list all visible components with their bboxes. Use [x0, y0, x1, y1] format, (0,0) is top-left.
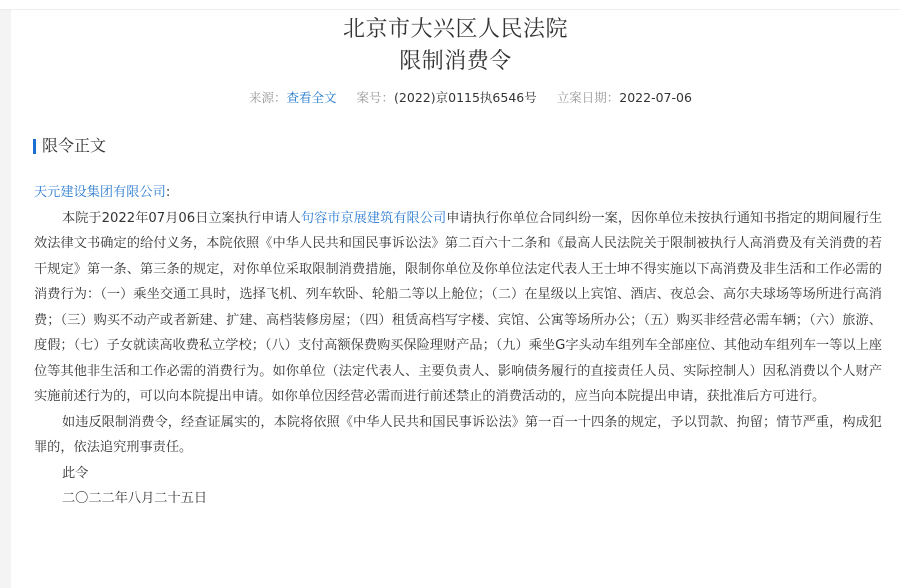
court-name: 北京市大兴区人民法院 [11, 16, 900, 44]
paragraph-main-rest: 申请执行你单位合同纠纷一案，因你单位未按执行通知书指定的期间履行生效法律文书确定… [34, 211, 882, 405]
addressee-line: 天元建设集团有限公司: [34, 180, 882, 206]
top-bar [0, 0, 900, 10]
issue-date: 二〇二二年八月二十五日 [34, 486, 882, 512]
meta-row: 来源：查看全文案号：(2022)京0115执6546号立案日期：2022-07-… [249, 89, 692, 107]
document-page: 北京市大兴区人民法院 限制消费令 来源：查看全文案号：(2022)京0115执6… [11, 10, 900, 588]
source-label: 来源： [249, 90, 287, 105]
paragraph-penalty: 如违反限制消费令，经查证属实的，本院将依照《中华人民共和国民事诉讼法》第一百一十… [34, 410, 882, 461]
view-full-text-link[interactable]: 查看全文 [287, 90, 337, 105]
section-header: 限令正文 [33, 136, 106, 156]
filing-date-value: 2022-07-06 [619, 90, 692, 105]
section-title: 限令正文 [42, 136, 106, 156]
paragraph-main: 本院于2022年07月06日立案执行申请人句容市京展建筑有限公司申请执行你单位合… [34, 206, 882, 410]
case-no-value: (2022)京0115执6546号 [394, 90, 537, 105]
addressee-colon: : [166, 185, 170, 200]
paragraph-main-prefix: 本院于2022年07月06日立案执行申请人 [62, 211, 301, 226]
addressee-link[interactable]: 天元建设集团有限公司 [34, 185, 166, 200]
left-gutter [0, 10, 11, 588]
filing-date-label: 立案日期： [557, 90, 620, 105]
closing-line: 此令 [34, 461, 882, 487]
applicant-link[interactable]: 句容市京展建筑有限公司 [301, 211, 446, 226]
order-body: 天元建设集团有限公司: 本院于2022年07月06日立案执行申请人句容市京展建筑… [34, 180, 882, 512]
document-type-title: 限制消费令 [11, 48, 900, 76]
section-accent-bar [33, 139, 36, 154]
case-no-label: 案号： [357, 90, 395, 105]
